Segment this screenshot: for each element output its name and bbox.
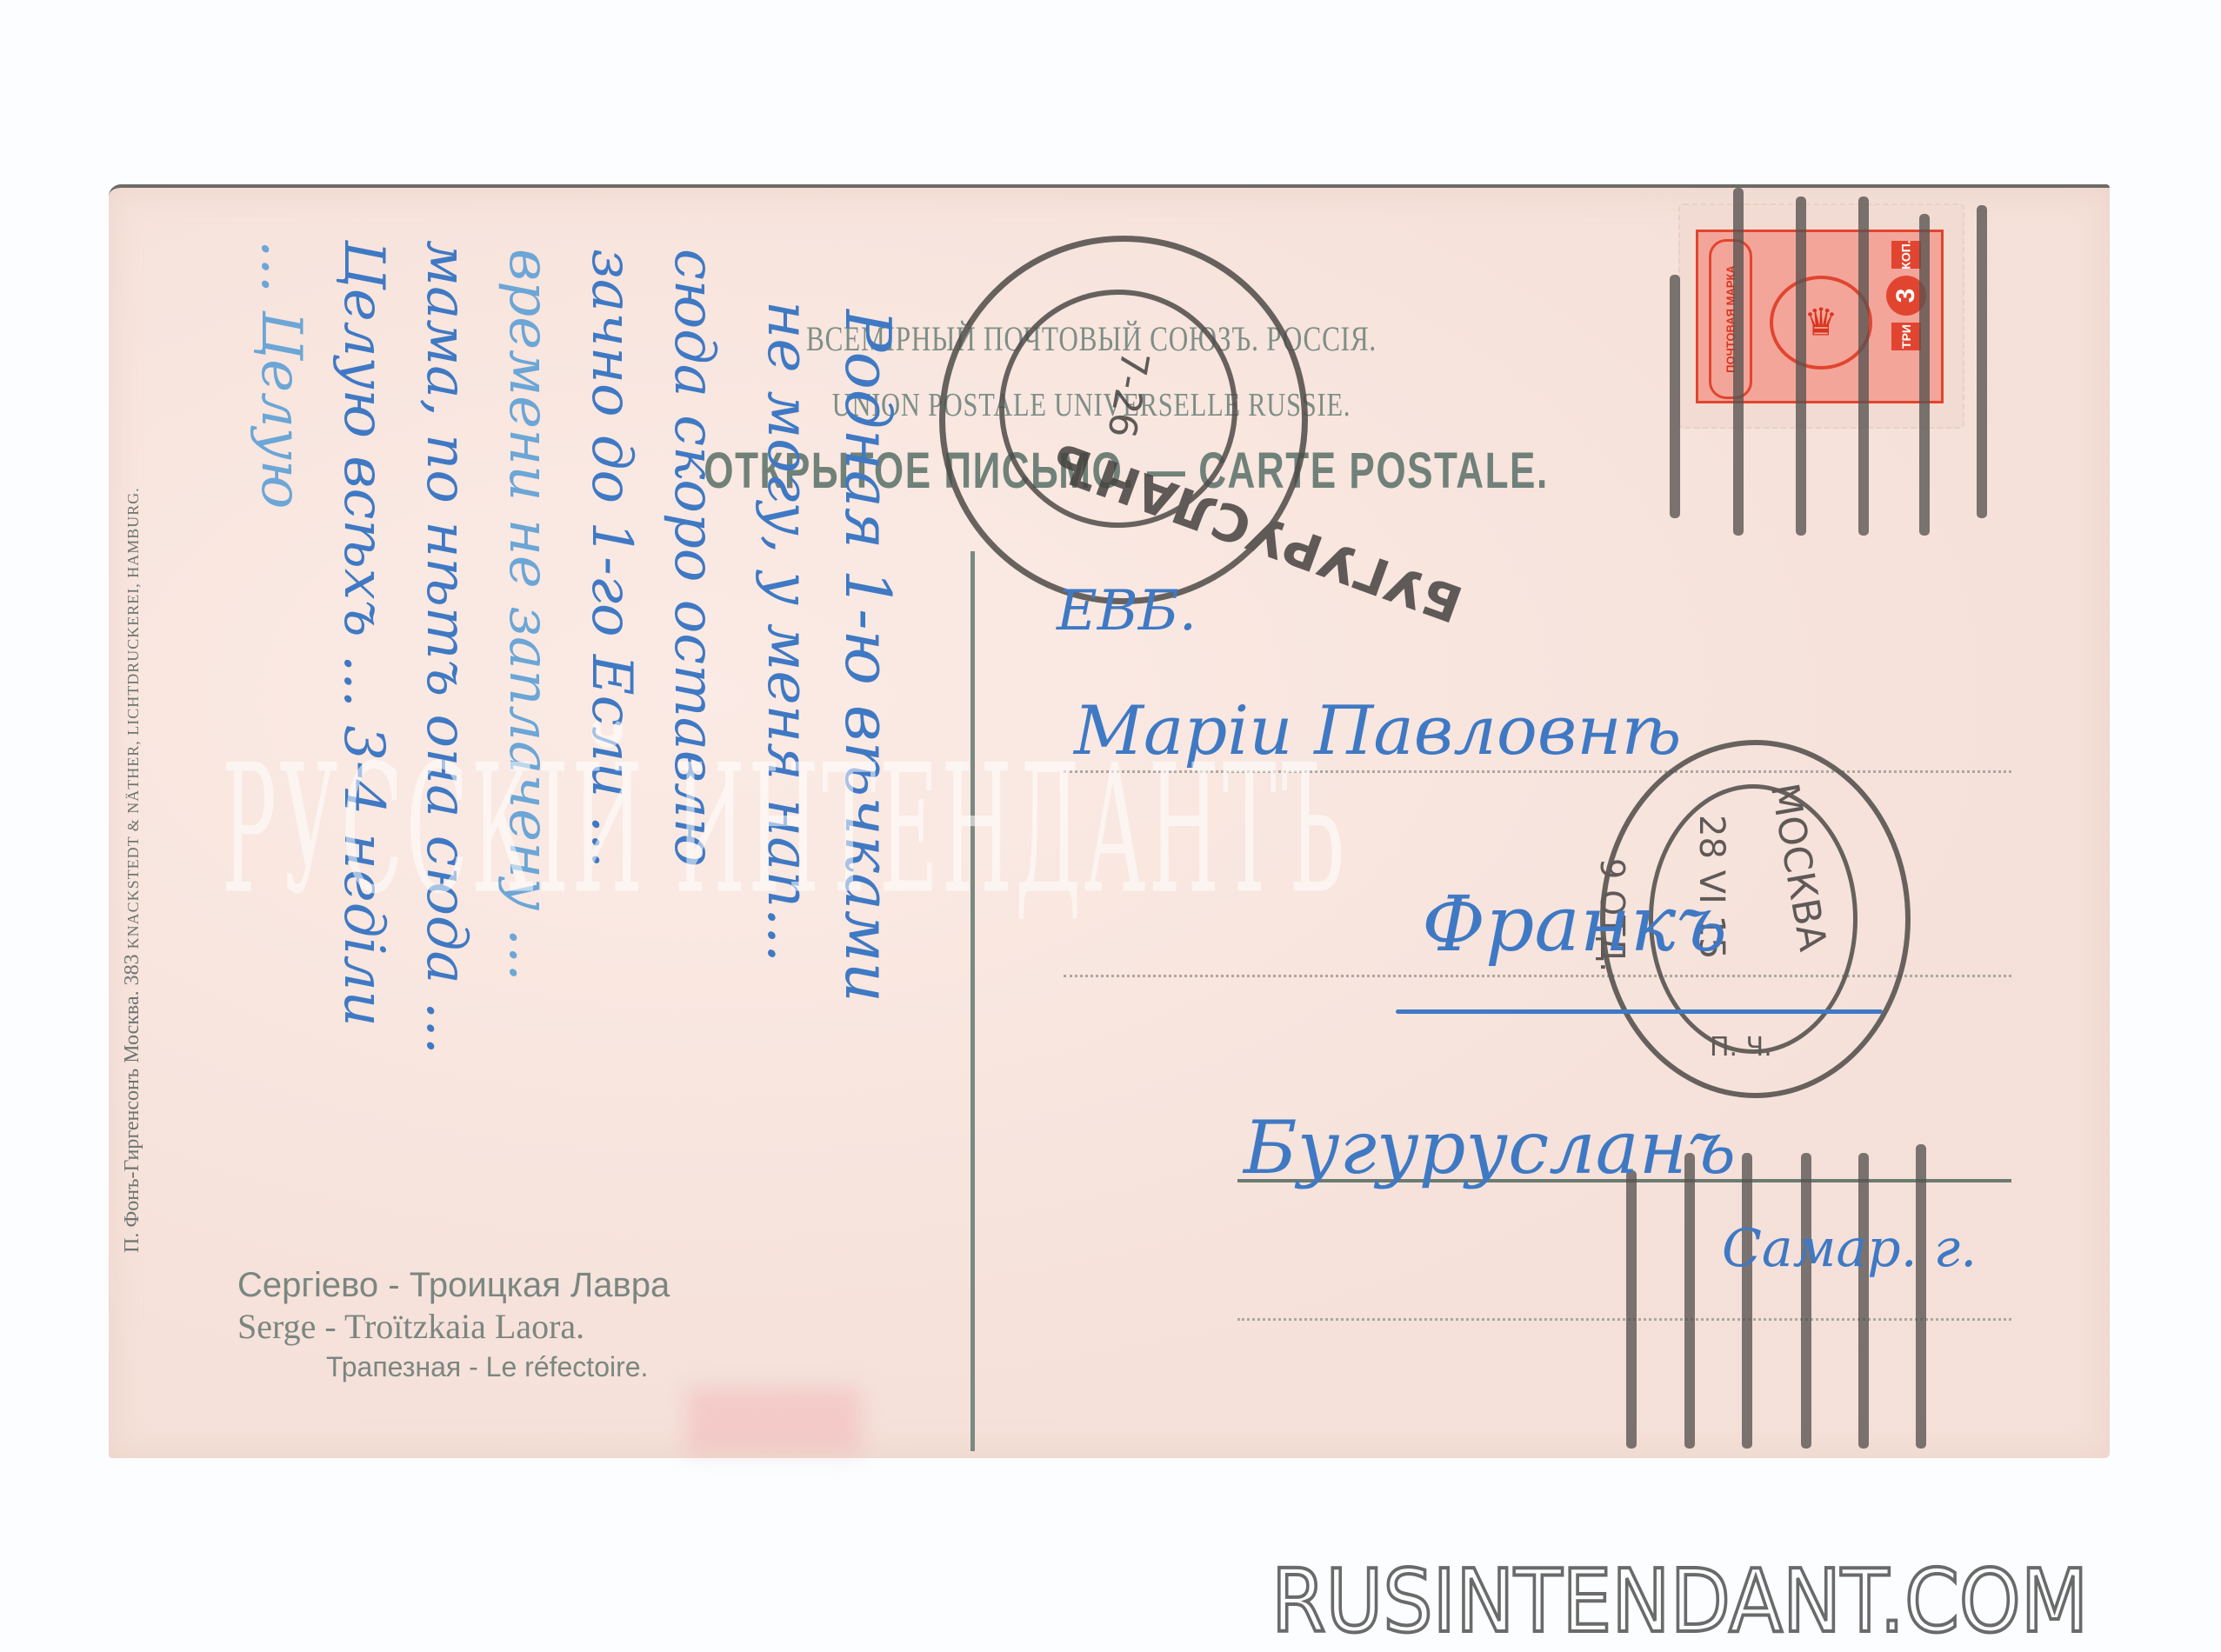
address-salutation: ЕВБ. xyxy=(1057,579,1197,643)
publisher-imprint: П. Фонъ-Гиргенсонъ Москва. 383 KNACKSTED… xyxy=(121,487,144,1253)
address-line-4 xyxy=(1237,1318,2011,1321)
divider-line xyxy=(970,551,975,1451)
arrival-suffix: П. Ч. xyxy=(1710,1032,1772,1062)
stamp-value-bottom: ТРИ xyxy=(1891,323,1921,350)
postcard: ВСЕМІРНЫЙ ПОЧТОВЫЙ СОЮЗЪ. РОССІЯ. UNION … xyxy=(109,184,2110,1458)
address-region: Самар. г. xyxy=(1722,1218,1977,1279)
address-city: Бугурусланъ xyxy=(1244,1105,1736,1190)
surname-underline xyxy=(1396,1009,1883,1014)
stamp-emblem-frame: ♛ xyxy=(1770,276,1872,370)
watermark-text: РУССКІЙ ИНТЕНДАНТЪ xyxy=(222,727,1347,934)
stamp-value-top: КОП. xyxy=(1891,241,1921,269)
ink-stain xyxy=(687,1388,861,1453)
stamp-ribbon: ПОЧТОВАЯ МАРКА xyxy=(1709,239,1752,399)
message-line: ... Целую xyxy=(249,240,313,509)
caption-line-2: Serge - Troïtzkaia Laora. xyxy=(237,1306,584,1347)
publisher-text: П. Фонъ-Гиргенсонъ Москва. 383 xyxy=(121,954,143,1253)
site-watermark: RUSINTENDANT.COM xyxy=(1271,1550,2088,1652)
caption-line-1: Сергіево - Троицкая Лавра xyxy=(237,1266,670,1305)
departure-postmark: БУГУРУСЛАНЪ 7-26 xyxy=(939,236,1308,604)
double-headed-eagle-icon: ♛ xyxy=(1804,301,1837,345)
printer-text: KNACKSTEDT & NÄTHER, LICHTDRUCKEREI, HAM… xyxy=(124,487,142,949)
address-surname: Франкъ xyxy=(1422,879,1727,969)
caption-line-3: Трапезная - Le réfectoire. xyxy=(326,1351,648,1383)
watermark-overlay: РУССКІЙ ИНТЕНДАНТЪ xyxy=(222,757,1207,903)
